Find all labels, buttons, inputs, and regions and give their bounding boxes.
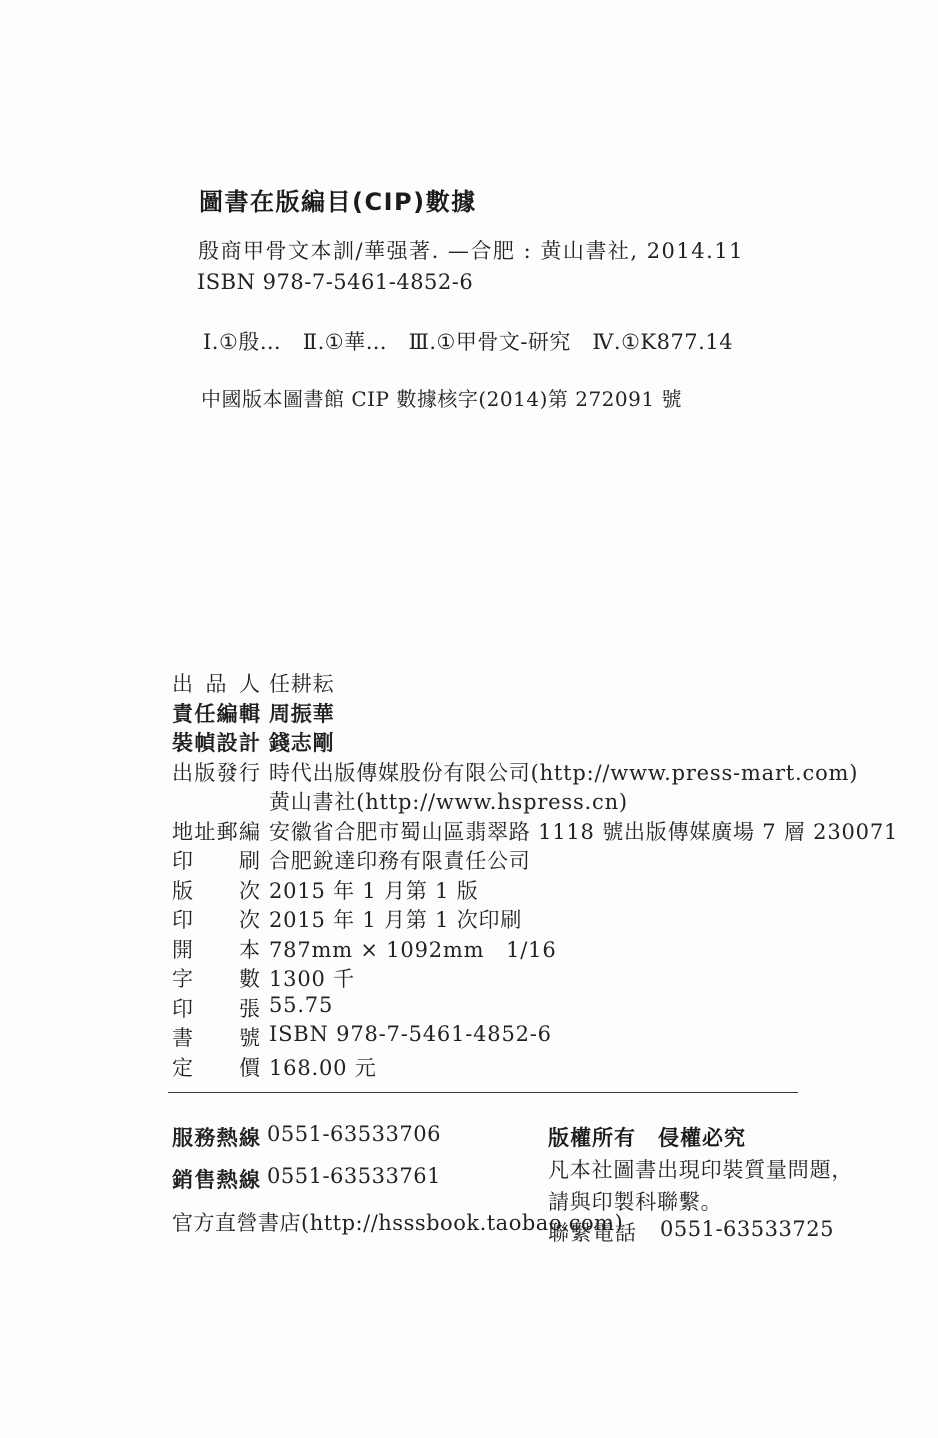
pub-label: 版次	[172, 875, 260, 905]
pub-value: 1300 千	[269, 963, 355, 993]
pub-row-isbn: 書號 ISBN 978-7-5461-4852-6	[172, 1022, 898, 1052]
pub-label: 印次	[172, 904, 260, 934]
pub-row-producer: 出品人 任耕耘	[172, 668, 898, 698]
pub-row-editor: 責任編輯 周振華	[172, 698, 898, 728]
pub-value: 任耕耘	[269, 668, 334, 698]
pub-label: 出品人	[172, 668, 260, 698]
pub-row-edition: 版次 2015 年 1 月第 1 版	[172, 875, 898, 905]
cip-record-number-line: 中國版本圖書館 CIP 數據核字(2014)第 272091 號	[201, 383, 682, 412]
pub-value: 黄山書社(http://www.hspress.cn)	[269, 786, 628, 816]
quality-notice-line-1: 凡本社圖書出現印裝質量問題，	[548, 1154, 853, 1184]
cip-book-description: 殷商甲骨文本訓/華强著. —合肥 : 黄山書社, 2014.11	[198, 235, 744, 265]
pub-label: 書號	[172, 1022, 260, 1052]
sales-hotline-row: 銷售熱線 0551-63533761	[172, 1164, 441, 1194]
pub-value: 55.75	[269, 993, 333, 1017]
pub-row-designer: 裝幀設計 錢志剛	[172, 727, 898, 757]
pub-row-format: 開本 787mm × 1092mm 1/16	[172, 934, 898, 964]
service-hotline-row: 服務熱線 0551-63533706	[172, 1122, 441, 1152]
pub-value: 2015 年 1 月第 1 次印刷	[269, 904, 522, 934]
pub-label: 印張	[172, 993, 260, 1023]
pub-label: 責任編輯	[172, 698, 260, 728]
contact-phone-number: 0551-63533725	[660, 1217, 834, 1241]
pub-value: 安徽省合肥市蜀山區翡翠路 1118 號出版傳媒廣場 7 層 230071	[269, 816, 898, 846]
pub-row-publisher: 出版發行 時代出版傳媒股份有限公司(http://www.press-mart.…	[172, 757, 898, 787]
pub-row-sheets: 印張 55.75	[172, 993, 898, 1023]
pub-row-publisher-2: 黄山書社(http://www.hspress.cn)	[172, 786, 898, 816]
pub-value: 168.00 元	[269, 1052, 377, 1082]
pub-row-address: 地址郵編 安徽省合肥市蜀山區翡翠路 1118 號出版傳媒廣場 7 層 23007…	[172, 816, 898, 846]
pub-row-price: 定價 168.00 元	[172, 1052, 898, 1082]
pub-value: 時代出版傳媒股份有限公司(http://www.press-mart.com)	[269, 757, 858, 787]
pub-row-printer: 印刷 合肥銳達印務有限責任公司	[172, 845, 898, 875]
publication-info-section: 出品人 任耕耘 責任編輯 周振華 裝幀設計 錢志剛 出版發行 時代出版傳媒股份有…	[172, 668, 898, 1081]
pub-label: 定價	[172, 1052, 260, 1082]
pub-value: 錢志剛	[269, 727, 334, 757]
divider-line	[168, 1092, 798, 1093]
quality-notice-line-2: 請與印製科聯繫。	[548, 1186, 722, 1216]
pub-value: 787mm × 1092mm 1/16	[269, 934, 556, 964]
pub-label: 地址郵編	[172, 816, 260, 846]
cip-classification-line: Ⅰ.①殷… Ⅱ.①華… Ⅲ.①甲骨文-研究 Ⅳ.①K877.14	[203, 326, 733, 356]
pub-value: 合肥銳達印務有限責任公司	[269, 845, 531, 875]
pub-value: ISBN 978-7-5461-4852-6	[269, 1022, 552, 1046]
pub-value: 周振華	[269, 698, 334, 728]
pub-label: 開本	[172, 934, 260, 964]
pub-value: 2015 年 1 月第 1 版	[269, 875, 479, 905]
cip-isbn-line: ISBN 978-7-5461-4852-6	[197, 270, 473, 294]
pub-label: 裝幀設計	[172, 727, 260, 757]
pub-label: 出版發行	[172, 757, 260, 787]
service-hotline-number: 0551-63533706	[267, 1122, 441, 1146]
pub-row-wordcount: 字數 1300 千	[172, 963, 898, 993]
cip-heading: 圖書在版編目(CIP)數據	[199, 182, 477, 217]
contact-phone-label: 聯繫電話	[548, 1217, 636, 1247]
service-hotline-label: 服務熱線	[172, 1122, 260, 1152]
sales-hotline-number: 0551-63533761	[267, 1164, 441, 1188]
pub-label: 字數	[172, 963, 260, 993]
sales-hotline-label: 銷售熱線	[172, 1164, 260, 1194]
contact-phone-row: 聯繫電話 0551-63533725	[548, 1217, 834, 1247]
copyright-notice: 版權所有 侵權必究	[548, 1122, 746, 1152]
pub-row-impression: 印次 2015 年 1 月第 1 次印刷	[172, 904, 898, 934]
pub-label: 印刷	[172, 845, 260, 875]
